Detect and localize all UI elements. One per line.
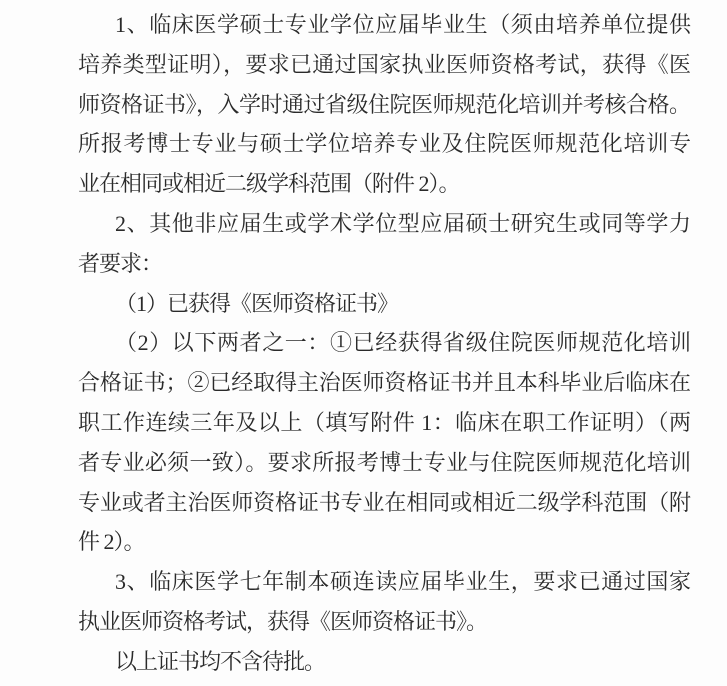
paragraph-item-1: 1、临床医学硕士专业学位应届毕业生（须由培养单位提供 培养类型证明），要求已通过… bbox=[78, 5, 690, 204]
document-body: 1、临床医学硕士专业学位应届毕业生（须由培养单位提供 培养类型证明），要求已通过… bbox=[78, 5, 690, 682]
paragraph-closing-note: 以上证书均不含待批。 bbox=[78, 642, 690, 682]
text-line: 2、其他非应届生或学术学位型应届硕士研究生或同等学力 bbox=[78, 204, 690, 244]
text-line: 者要求： bbox=[78, 244, 690, 284]
text-line: 合格证书；②已经取得主治医师资格证书并且本科毕业后临床在 bbox=[78, 363, 690, 403]
text-line: 执业医师资格考试，获得《医师资格证书》。 bbox=[78, 602, 690, 642]
text-line: 所报考博士专业与硕士学位培养专业及住院医师规范化培训专 bbox=[78, 124, 690, 164]
text-line: （1）已获得《医师资格证书》 bbox=[78, 284, 690, 324]
text-line: （2）以下两者之一：①已经获得省级住院医师规范化培训 bbox=[78, 323, 690, 363]
document-page: 1、临床医学硕士专业学位应届毕业生（须由培养单位提供 培养类型证明），要求已通过… bbox=[0, 0, 727, 686]
paragraph-item-3: 3、临床医学七年制本硕连读应届毕业生，要求已通过国家 执业医师资格考试，获得《医… bbox=[78, 562, 690, 642]
text-line: 1、临床医学硕士专业学位应届毕业生（须由培养单位提供 bbox=[78, 5, 690, 45]
paragraph-sub-item-2: （2）以下两者之一：①已经获得省级住院医师规范化培训 合格证书；②已经取得主治医… bbox=[78, 323, 690, 562]
paragraph-item-2: 2、其他非应届生或学术学位型应届硕士研究生或同等学力 者要求： bbox=[78, 204, 690, 284]
text-line: 培养类型证明），要求已通过国家执业医师资格考试，获得《医 bbox=[78, 45, 690, 85]
text-line: 以上证书均不含待批。 bbox=[78, 642, 690, 682]
text-line: 职工作连续三年及以上（填写附件 1：临床在职工作证明）（两 bbox=[78, 403, 690, 443]
text-line: 者专业必须一致）。要求所报考博士专业与住院医师规范化培训 bbox=[78, 443, 690, 483]
text-line: 专业或者主治医师资格证书专业在相同或相近二级学科范围（附 bbox=[78, 483, 690, 523]
paragraph-sub-item-1: （1）已获得《医师资格证书》 bbox=[78, 284, 690, 324]
text-line: 业在相同或相近二级学科范围（附件 2）。 bbox=[78, 164, 690, 204]
text-line: 件 2）。 bbox=[78, 522, 690, 562]
text-line: 师资格证书》，入学时通过省级住院医师规范化培训并考核合格。 bbox=[78, 85, 690, 125]
text-line: 3、临床医学七年制本硕连读应届毕业生，要求已通过国家 bbox=[78, 562, 690, 602]
